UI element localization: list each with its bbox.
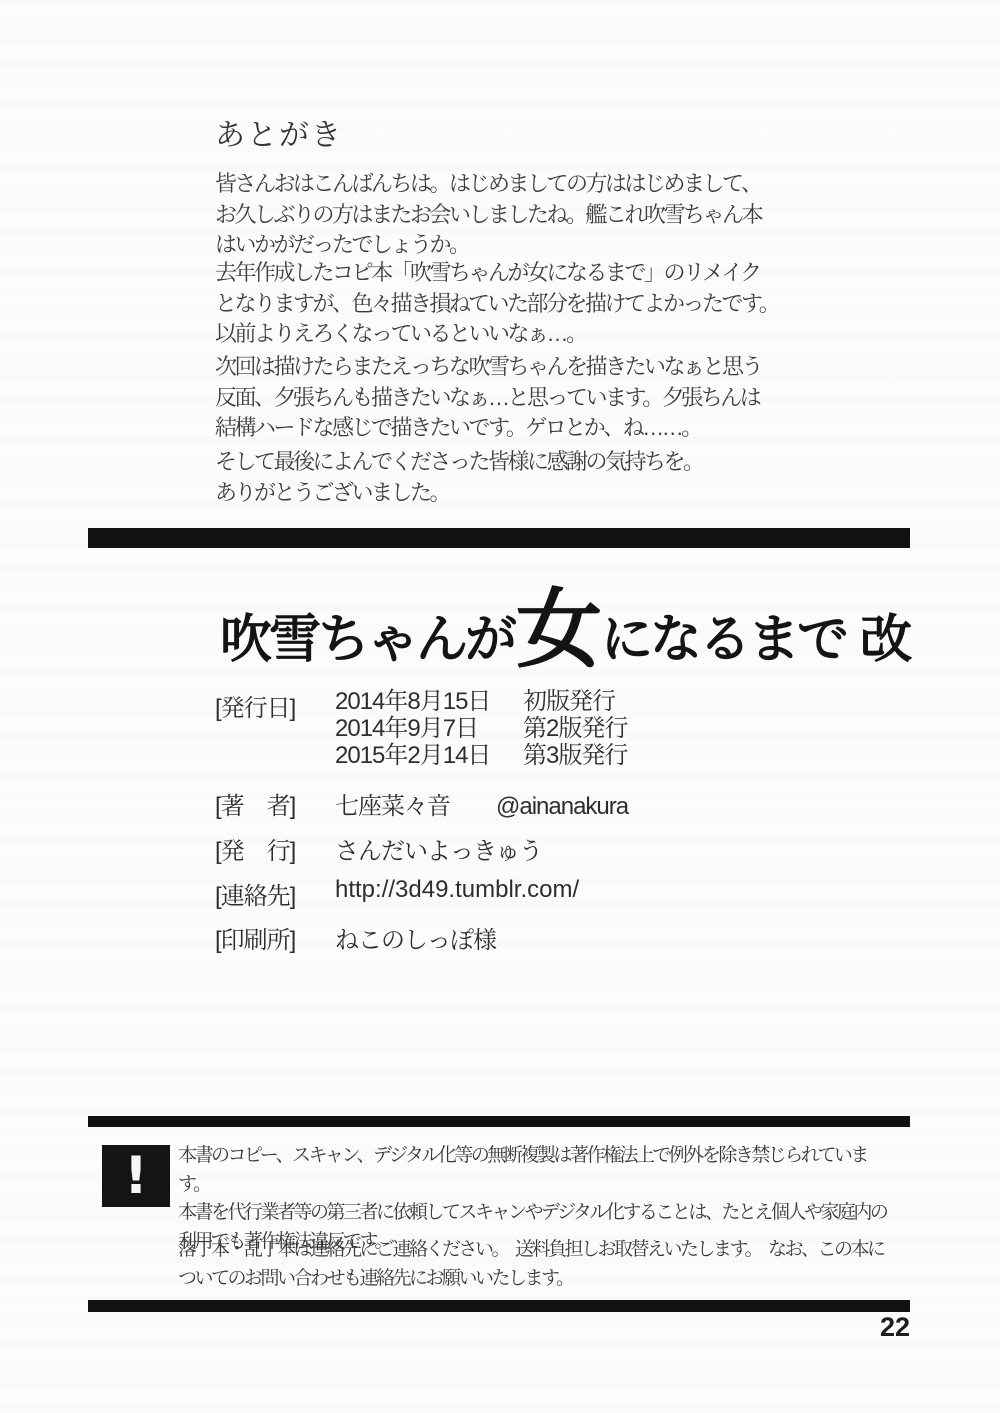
issue-line: 2014年8月15日 初版発行 [335, 688, 627, 715]
divider-bar-middle [88, 1116, 910, 1127]
afterword-paragraph-thanks: そして最後によんでくださった皆様に感謝の気持ちを。 ありがとうございました。 [215, 447, 703, 508]
exclamation-icon: ! [102, 1145, 170, 1207]
issue-date: 2014年9月7日 [335, 715, 523, 742]
author-label: [著 者] [215, 786, 315, 821]
publisher-label: [発 行] [215, 831, 315, 866]
book-title-big-char: 女 [516, 591, 599, 670]
afterword-paragraph-remake: 去年作成したコピ本「吹雪ちゃんが女になるまで」のリメイク となりますが、色々描き… [215, 258, 778, 350]
afterword-paragraph-next-plans: 次回は描けたらまたえっちな吹雪ちゃんを描きたいなぁと思う 反面、夕張ちんも描きた… [215, 352, 761, 444]
scanned-afterword-page: あとがき 皆さんおはこんばんちは。はじめましての方ははじめまして、 お久しぶりの… [0, 0, 1000, 1413]
contact-url: http://3d49.tumblr.com/ [335, 876, 579, 911]
afterword-paragraph-greeting: 皆さんおはこんばんちは。はじめましての方ははじめまして、 お久しぶりの方はまたお… [215, 169, 761, 261]
issue-edition: 第2版発行 [523, 715, 627, 742]
contact-label: [連絡先] [215, 876, 315, 911]
printer-label: [印刷所] [215, 920, 315, 955]
colophon-row-author: [著 者] 七座菜々音 @ainanakura [215, 786, 628, 821]
defective-copy-notice-text: 落丁本・乱丁本は連絡先にご連絡ください。 送料負担しお取替えいたします。 なお、… [178, 1236, 898, 1293]
issue-line: 2014年9月7日 第2版発行 [335, 715, 627, 742]
page-number: 22 [880, 1312, 910, 1343]
book-title-part3: になるまで [601, 617, 846, 665]
issue-edition: 初版発行 [523, 688, 615, 715]
book-title-kai: 改 [860, 617, 909, 665]
issue-line: 2015年2月14日 第3版発行 [335, 742, 627, 769]
issue-date: 2015年2月14日 [335, 742, 523, 769]
publisher-value: さんだいよっきゅう [335, 831, 542, 866]
colophon-row-publisher: [発 行] さんだいよっきゅう [215, 831, 542, 866]
issue-edition: 第3版発行 [523, 742, 627, 769]
exclamation-glyph: ! [124, 1150, 148, 1202]
divider-bar-bottom [88, 1300, 910, 1312]
book-title-part1: 吹雪ちゃんが [220, 617, 514, 665]
colophon-row-printer: [印刷所] ねこのしっぽ様 [215, 920, 496, 955]
issue-date-list: 2014年8月15日 初版発行 2014年9月7日 第2版発行 2015年2月1… [335, 688, 627, 769]
issue-date: 2014年8月15日 [335, 688, 523, 715]
author-value: 七座菜々音 @ainanakura [335, 786, 628, 821]
afterword-heading: あとがき [215, 110, 343, 154]
book-title: 吹雪ちゃんが 女 になるまで 改 [220, 573, 909, 665]
colophon-row-issue-dates: [発行日] 2014年8月15日 初版発行 2014年9月7日 第2版発行 20… [215, 688, 627, 769]
issue-date-label: [発行日] [215, 688, 315, 769]
colophon-row-contact: [連絡先] http://3d49.tumblr.com/ [215, 876, 579, 911]
printer-value: ねこのしっぽ様 [335, 920, 496, 955]
divider-bar-top [88, 528, 910, 548]
